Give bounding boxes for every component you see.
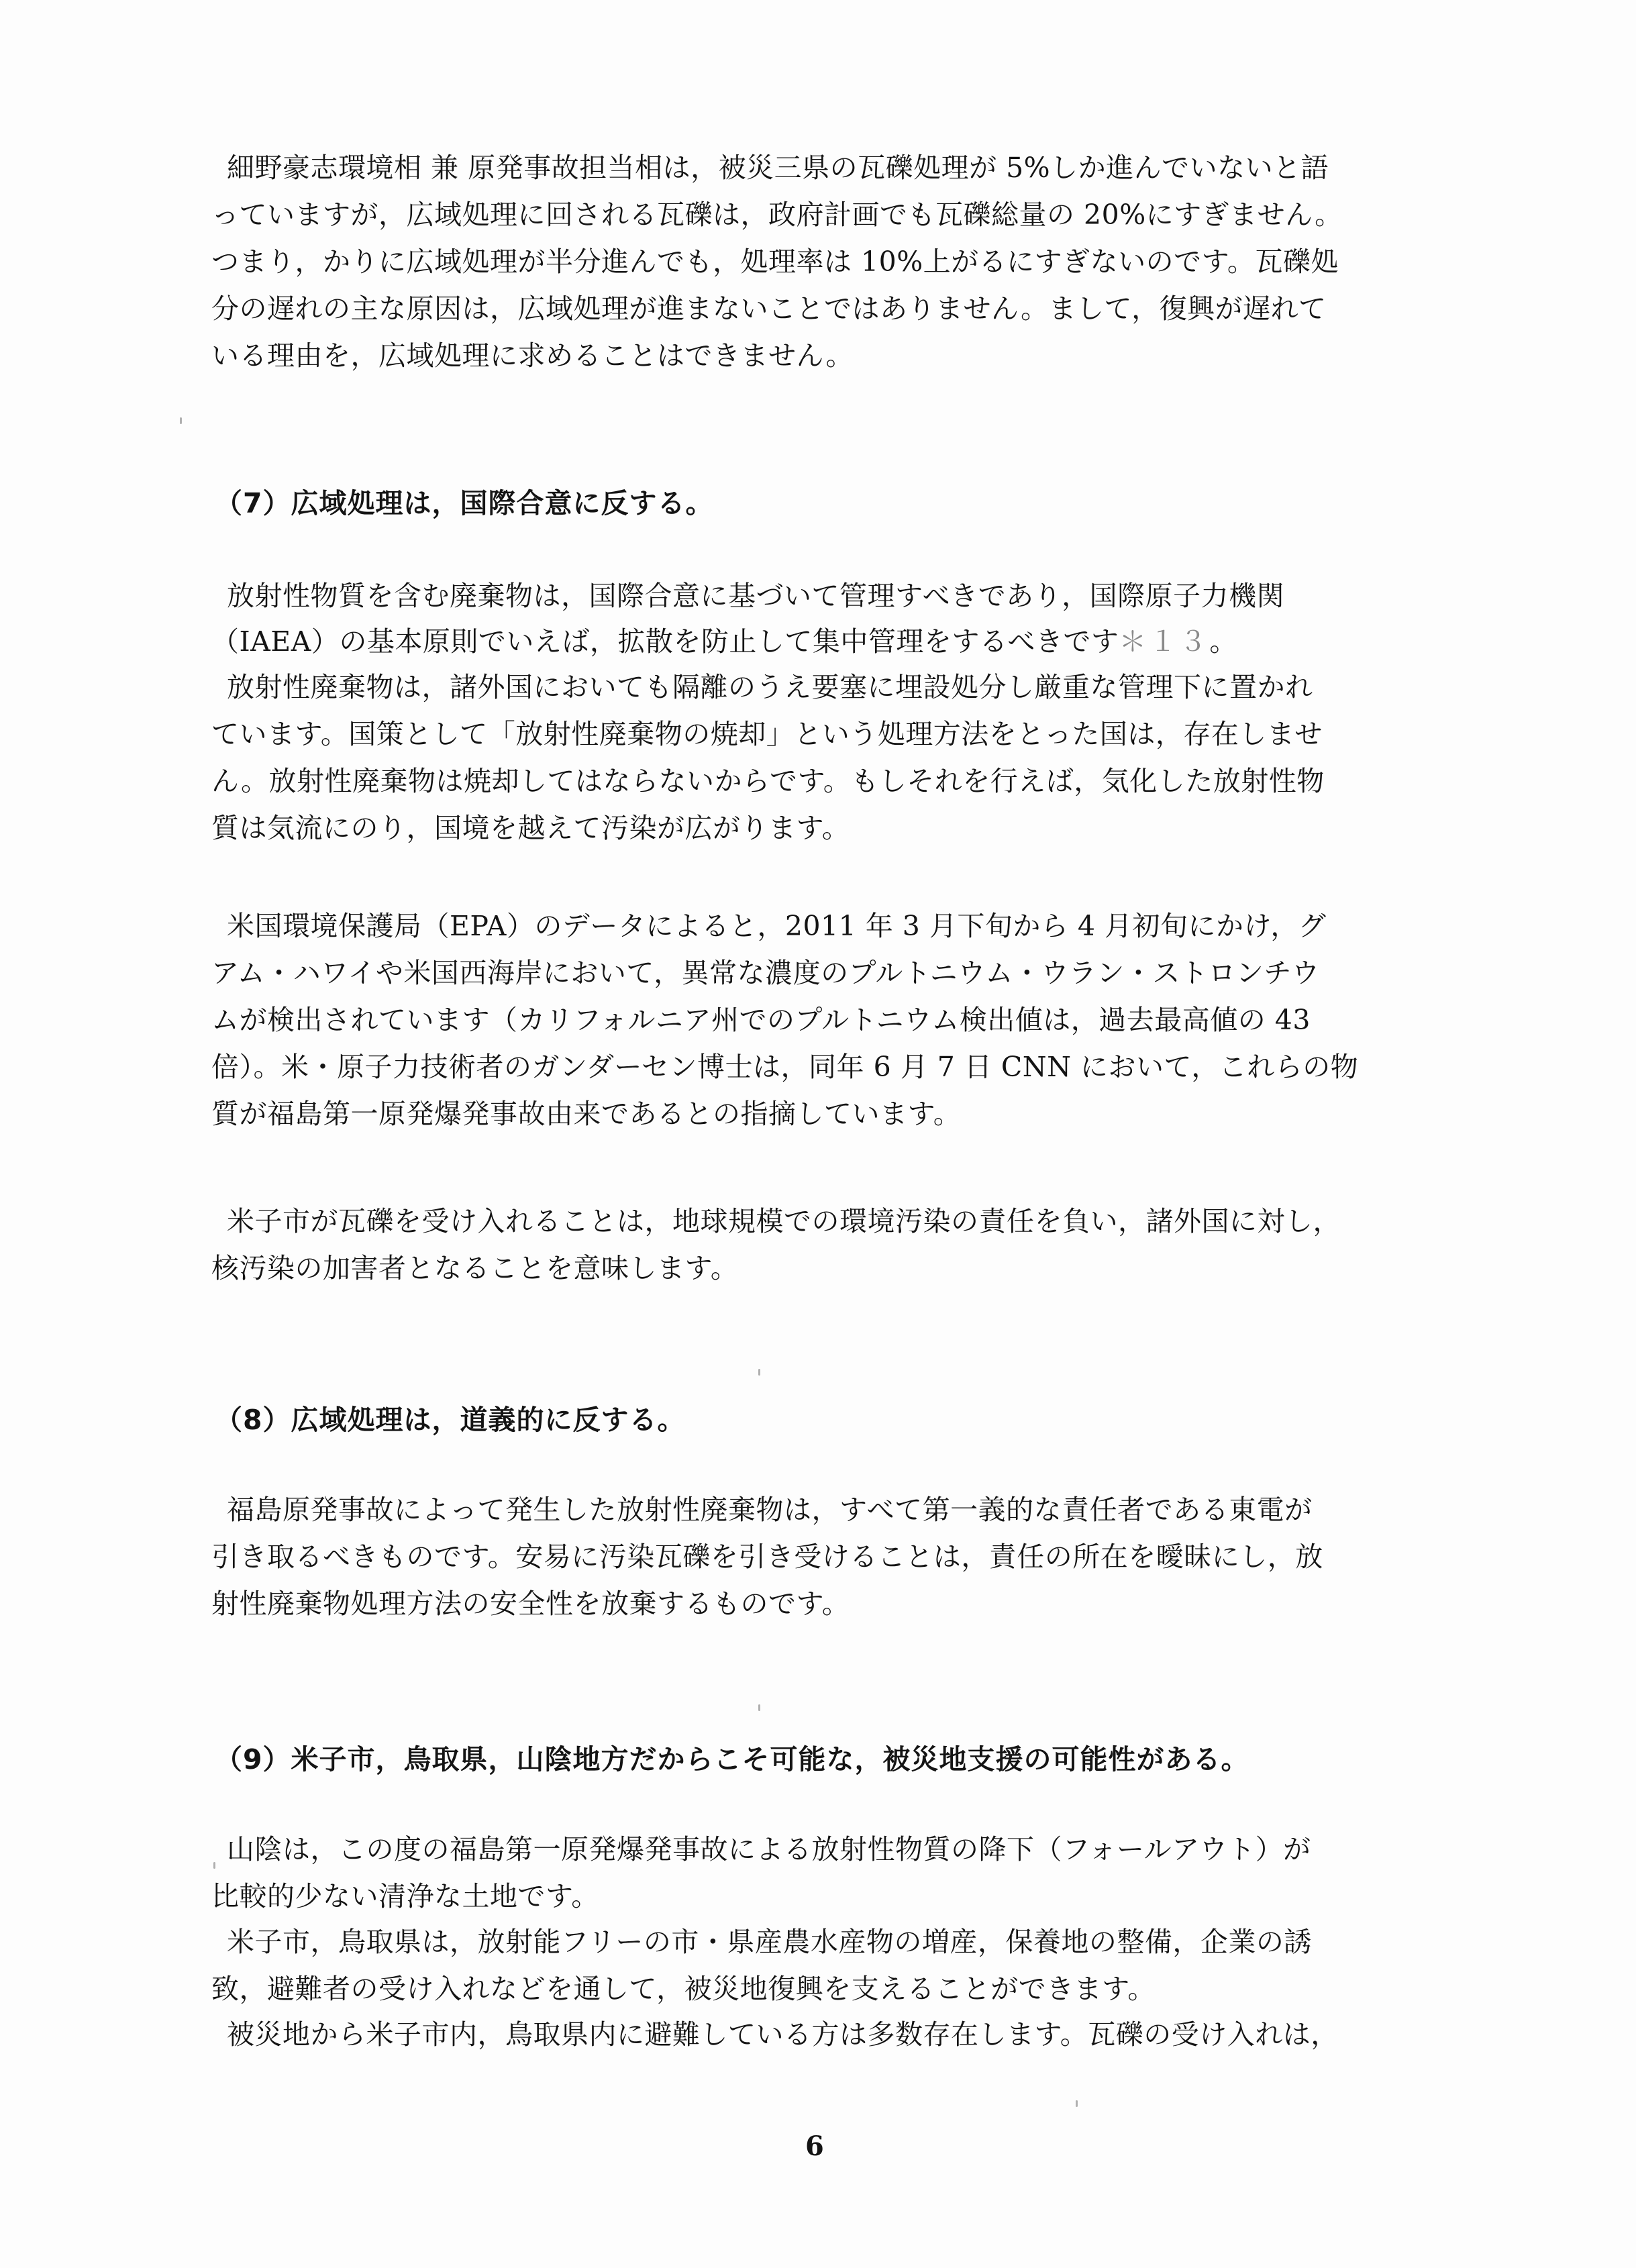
scan-speck — [758, 1704, 760, 1711]
text-line: っていますが，広域処理に回される瓦礫は，政府計画でも瓦礫総量の 20%にすぎませ… — [211, 196, 1433, 234]
text-line: 米子市が瓦礫を受け入れることは，地球規模での環境汚染の責任を負い，諸外国に対し， — [227, 1202, 1448, 1240]
scan-speck — [1076, 2100, 1078, 2107]
text-line: （IAEA）の基本原則でいえば，拡散を防止して集中管理をするべきです＊１３。 — [211, 623, 1433, 660]
text-line: 米子市，鳥取県は，放射能フリーの市・県産農水産物の増産，保養地の整備，企業の誘 — [227, 1923, 1448, 1961]
text-line: 放射性廃棄物は，諸外国においても隔離のうえ要塞に埋設処分し厳重な管理下に置かれ — [227, 668, 1448, 706]
scan-speck — [180, 417, 182, 424]
page-number: 6 — [805, 2130, 824, 2162]
text-line: 分の遅れの主な原因は，広域処理が進まないことではありません。まして，復興が遅れて — [211, 290, 1433, 327]
text-line: 放射性物質を含む廃棄物は，国際合意に基づいて管理すべきであり，国際原子力機関 — [227, 577, 1448, 615]
text-line: ムが検出されています（カリフォルニア州でのプルトニウム検出値は，過去最高値の 4… — [211, 1001, 1433, 1039]
text-line: つまり，かりに広域処理が半分進んでも，処理率は 10%上がるにすぎないのです。瓦… — [211, 243, 1433, 280]
text-line: アム・ハワイや米国西海岸において，異常な濃度のプルトニウム・ウラン・ストロンチウ — [211, 954, 1433, 992]
text-span: 。 — [1209, 625, 1237, 658]
text-line: ん。放射性廃棄物は焼却してはならないからです。もしそれを行えば，気化した放射性物 — [211, 762, 1433, 800]
scan-speck — [758, 1369, 760, 1376]
text-line: ています。国策として「放射性廃棄物の焼却」という処理方法をとった国は，存在しませ — [211, 715, 1433, 753]
text-line: 米国環境保護局（EPA）のデータによると，2011 年 3 月下旬から 4 月初… — [227, 907, 1448, 945]
text-line: 射性廃棄物処理方法の安全性を放棄するものです。 — [211, 1585, 1433, 1622]
scan-speck — [213, 1862, 215, 1869]
text-line: 質が福島第一原発爆発事故由来であるとの指摘しています。 — [211, 1095, 1433, 1133]
footnote-reference[interactable]: ＊１３ — [1119, 625, 1209, 658]
text-line: 質は気流にのり，国境を越えて汚染が広がります。 — [211, 809, 1433, 847]
text-span: （IAEA）の基本原則でいえば，拡散を防止して集中管理をするべきです — [211, 625, 1119, 658]
text-line: 倍）。米・原子力技術者のガンダーセン博士は，同年 6 月 7 日 CNN におい… — [211, 1048, 1433, 1086]
document-page: 細野豪志環境相 兼 原発事故担当相は，被災三県の瓦礫処理が 5%しか進んでいない… — [0, 0, 1636, 2268]
text-line: 致，避難者の受け入れなどを通して，被災地復興を支えることができます。 — [211, 1970, 1433, 2008]
text-line: 被災地から米子市内，鳥取県内に避難している方は多数存在します。瓦礫の受け入れは， — [227, 2016, 1448, 2053]
section-heading: （8）広域処理は，道義的に反する。 — [215, 1401, 686, 1439]
text-line: 核汚染の加害者となることを意味します。 — [211, 1249, 1433, 1287]
text-line: 細野豪志環境相 兼 原発事故担当相は，被災三県の瓦礫処理が 5%しか進んでいない… — [227, 149, 1448, 187]
text-line: 福島原発事故によって発生した放射性廃棄物は，すべて第一義的な責任者である東電が — [227, 1491, 1448, 1529]
section-heading: （9）米子市，鳥取県，山陰地方だからこそ可能な，被災地支援の可能性がある。 — [215, 1741, 1249, 1778]
text-line: 山陰は，この度の福島第一原発爆発事故による放射性物質の降下（フォールアウト）が — [227, 1831, 1448, 1868]
text-line: 引き取るべきものです。安易に汚染瓦礫を引き受けることは，責任の所在を曖昧にし，放 — [211, 1538, 1433, 1576]
section-heading: （7）広域処理は，国際合意に反する。 — [215, 484, 714, 522]
text-line: 比較的少ない清浄な土地です。 — [211, 1877, 1433, 1915]
text-line: いる理由を，広域処理に求めることはできません。 — [211, 337, 1433, 374]
